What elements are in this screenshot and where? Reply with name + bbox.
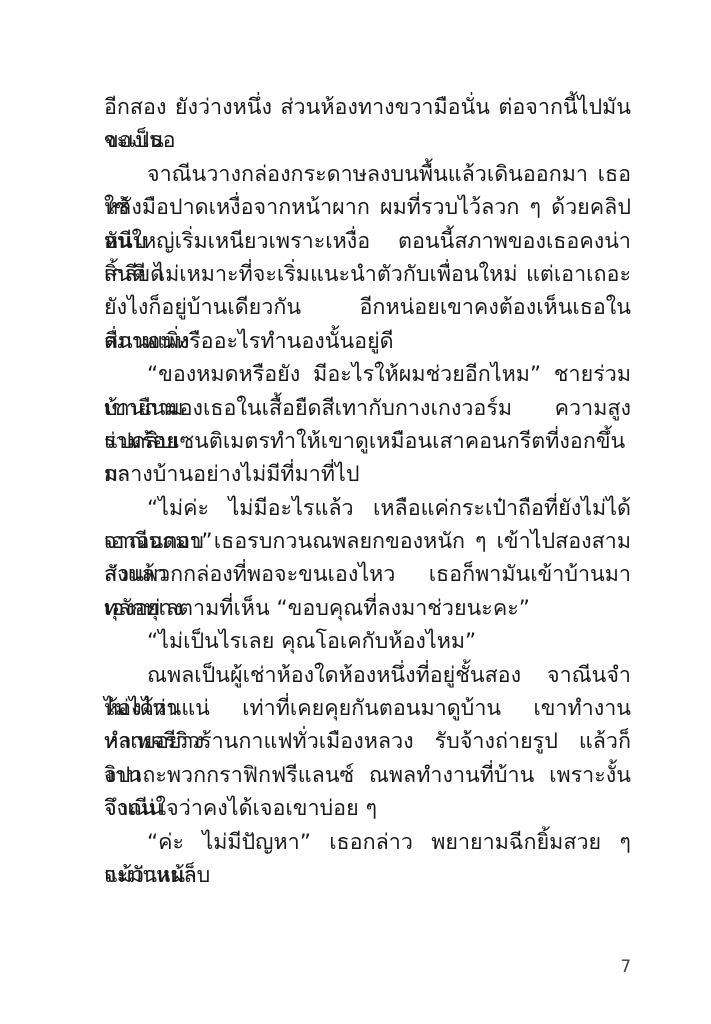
text-line: อีกสอง ยังว่างหนึ่ง ส่วนห้องทางขวามือนั่…: [104, 91, 631, 124]
text-line: จะมันแผล็บ: [104, 859, 631, 892]
body-text: อีกสอง ยังว่างหนึ่ง ส่วนห้องทางขวามือนั่…: [104, 91, 631, 892]
text-line: จิปาถะพวกกราฟิกฟรีแลนซ์ ณพลทำงานที่บ้าน …: [104, 759, 631, 792]
text-line: ตื่นนอนหรืออะไรทำนองนั้นอยู่ดี: [104, 325, 631, 358]
text-line: “ไม่เป็นไรเลย คุณโอเคกับห้องไหม”: [104, 625, 631, 658]
text-line: ของเธอ: [104, 124, 631, 157]
text-line: แปดสิบเซนติเมตรทำให้เขาดูเหมือนเสาคอนกรี…: [104, 425, 631, 458]
text-line: จาณีนวางกล่องกระดาษลงบนพื้นแล้วเดินออกมา…: [104, 158, 631, 191]
text-line: หลังมือปาดเหงื่อจากหน้าผาก ผมที่รวบไว้ลว…: [104, 191, 631, 224]
text-line: สิ้นดี ไม่เหมาะที่จะเริ่มแนะนำตัวกับเพื่…: [104, 258, 631, 291]
text-line: “ไม่ค่ะ ไม่มีอะไรแล้ว เหลือแค่กระเป๋าถือ…: [104, 492, 631, 525]
text-line: อันใหญ่เริ่มเหนียวเพราะเหงื่อ ตอนนี้สภาพ…: [104, 225, 631, 258]
text-line: จึงแน่ใจว่าคงได้เจอเขาบ่อย ๆ: [104, 792, 631, 825]
text-line: “ค่ะ ไม่มีปัญหา” เธอกล่าว พยายามฉีกยิ้มส…: [104, 826, 631, 859]
text-line: ทำเพจรีวิวร้านกาแฟทั่วเมืองหลวง รับจ้างถ…: [104, 725, 631, 758]
text-line: ส่วนพวกกล่องที่พอจะขนเองไหว เธอก็พามันเข…: [104, 558, 631, 591]
text-line: ทุลักทุเลตามที่เห็น “ขอบคุณที่ลงมาช่วยนะ…: [104, 592, 631, 625]
text-line: จาณีนตอบ เธอรบกวนณพลยกของหนัก ๆ เข้าไปสอ…: [104, 525, 631, 558]
book-page: อีกสอง ยังว่างหนึ่ง ส่วนห้องทางขวามือนั่…: [0, 0, 711, 1024]
text-line: กลางบ้านอย่างไม่มีที่มาที่ไป: [104, 458, 631, 491]
text-line: ห้องไหนแน่ เท่าที่เคยคุยกันตอนมาดูบ้าน เ…: [104, 692, 631, 725]
text-line: ยังไงก็อยู่บ้านเดียวกัน อีกหน่อยเขาคงต้อ…: [104, 291, 631, 324]
page-number: 7: [104, 957, 631, 976]
text-line: “ของหมดหรือยัง มีอะไรให้ผมช่วยอีกไหม” ชา…: [104, 358, 631, 391]
text-line: เขายืนมองเธอในเสื้อยืดสีเทากับกางเกงวอร์…: [104, 392, 631, 425]
text-line: ณพลเป็นผู้เช่าห้องใดห้องหนึ่งที่อยู่ชั้น…: [104, 659, 631, 692]
